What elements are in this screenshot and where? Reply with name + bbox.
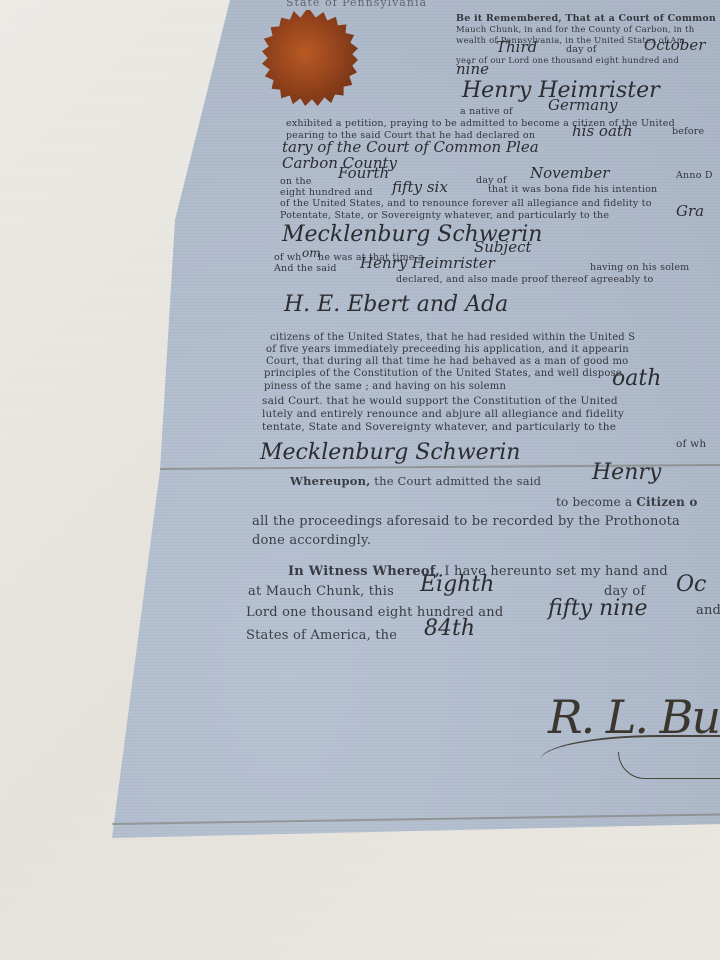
hw-decl-year: fifty six [392, 178, 448, 196]
hw-independence-year: 84th [424, 616, 475, 641]
native-of-label: a native of [460, 106, 513, 118]
line-lutely: lutely and entirely renounce and abjure … [262, 408, 624, 420]
line-saidcourt: said Court. that he would support the Co… [262, 395, 618, 407]
line-tobecome: to become a Citizen o [556, 494, 698, 510]
tobecome-text: to become a [556, 495, 632, 509]
hw-name-3: Henry [592, 460, 661, 485]
line-before: before [672, 126, 704, 138]
line-court: Court, that during all that time he had … [266, 356, 628, 368]
line-bona: that it was bona fide his intention [488, 184, 657, 196]
signature-flourish-loop [618, 752, 720, 779]
line-said: And the said [274, 263, 337, 275]
hw-sovereign-2: Mecklenburg Schwerin [260, 440, 520, 465]
hw-decl-month: November [530, 164, 609, 182]
line-ofwh: of wh [676, 438, 706, 450]
hw-name-2: Henry Heimrister [360, 254, 495, 272]
line-whereupon: Whereupon, the Court admitted the said [290, 473, 541, 489]
line-principles: principles of the Constitution of the Un… [264, 368, 622, 380]
line-piness: piness of the same ; and having on his s… [264, 381, 506, 393]
line-anno: Anno D [676, 170, 713, 182]
hw-solemn: oath [612, 366, 661, 391]
line-mauch: at Mauch Chunk, this [248, 584, 394, 600]
line-citizens: citizens of the United States, that he h… [270, 332, 635, 344]
header-partial: State of Pennsylvania [286, 0, 427, 9]
hw-witnesses: H. E. Ebert and Ada [284, 292, 508, 317]
line-done: done accordingly. [252, 533, 371, 549]
hw-day: Third [496, 38, 537, 56]
line-states: States of America, the [246, 628, 397, 644]
line-potentate: Potentate, State, or Sovereignty whateve… [280, 210, 609, 222]
whereupon-text: the Court admitted the said [374, 474, 541, 488]
hw-witness-year: fifty nine [548, 596, 647, 621]
line-and: and [696, 603, 720, 619]
hw-witness-month: Oc [676, 572, 706, 597]
hw-decl-day: Fourth [338, 164, 389, 182]
hw-sovereign-partial: Gra [676, 202, 704, 220]
hw-year-word: nine [456, 60, 489, 78]
hw-native-country: Germany [548, 96, 617, 114]
hw-month: October [644, 36, 705, 54]
line-five: of five years immediately preceeding his… [266, 344, 629, 356]
line-declared: declared, and also made proof thereof ag… [396, 274, 653, 286]
whereupon-blackletter: Whereupon, [290, 474, 370, 488]
intro-line-5: year of our Lord one thousand eight hund… [456, 55, 679, 67]
hw-declared-on: his oath [572, 122, 633, 140]
line-tentate: tentate, State and Sovereignty whatever,… [262, 421, 616, 433]
line-having: having on his solem [590, 262, 689, 274]
inwitness-blackletter: In Witness Whereof, [288, 564, 440, 579]
citizen-blackletter: Citizen o [636, 495, 697, 509]
hw-witness-day: Eighth [420, 572, 494, 597]
line-united: of the United States, and to renounce fo… [280, 198, 652, 210]
line-all: all the proceedings aforesaid to be reco… [252, 514, 680, 530]
